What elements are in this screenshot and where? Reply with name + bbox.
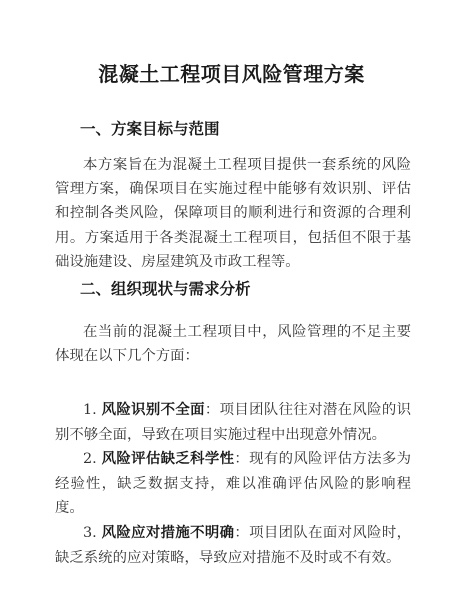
issue-list: 1. 风险识别不全面：项目团队往往对潜在风险的识别不够全面，导致在项目实施过程中… — [55, 398, 411, 570]
section-2-intro: 在当前的混凝土工程项目中，风险管理的不足主要体现在以下几个方面： — [55, 320, 411, 368]
issue-label: 风险评估缺乏科学性 — [102, 451, 235, 467]
section-heading-2: 二、组织现状与需求分析 — [80, 277, 251, 299]
issue-number: 2. — [83, 451, 97, 467]
issue-separator: ： — [234, 451, 249, 467]
issue-number: 3. — [83, 525, 97, 541]
document-title: 混凝土工程项目风险管理方案 — [0, 58, 463, 87]
section-1-paragraph: 本方案旨在为混凝土工程项目提供一套系统的风险管理方案，确保项目在实施过程中能够有… — [55, 153, 411, 274]
section-heading-1: 一、方案目标与范围 — [80, 117, 220, 139]
issue-separator: ： — [234, 525, 249, 541]
document-page: 混凝土工程项目风险管理方案 一、方案目标与范围 本方案旨在为混凝土工程项目提供一… — [0, 0, 463, 600]
issue-separator: ： — [205, 402, 220, 418]
issue-item-3: 3. 风险应对措施不明确：项目团队在面对风险时，缺乏系统的应对策略，导致应对措施… — [55, 521, 411, 570]
issue-item-2: 2. 风险评估缺乏科学性：现有的风险评估方法多为经验性，缺乏数据支持，难以准确评… — [55, 447, 411, 521]
issue-number: 1. — [83, 402, 97, 418]
issue-label: 风险识别不全面 — [102, 402, 205, 418]
issue-label: 风险应对措施不明确 — [102, 525, 235, 541]
issue-item-1: 1. 风险识别不全面：项目团队往往对潜在风险的识别不够全面，导致在项目实施过程中… — [55, 398, 411, 447]
